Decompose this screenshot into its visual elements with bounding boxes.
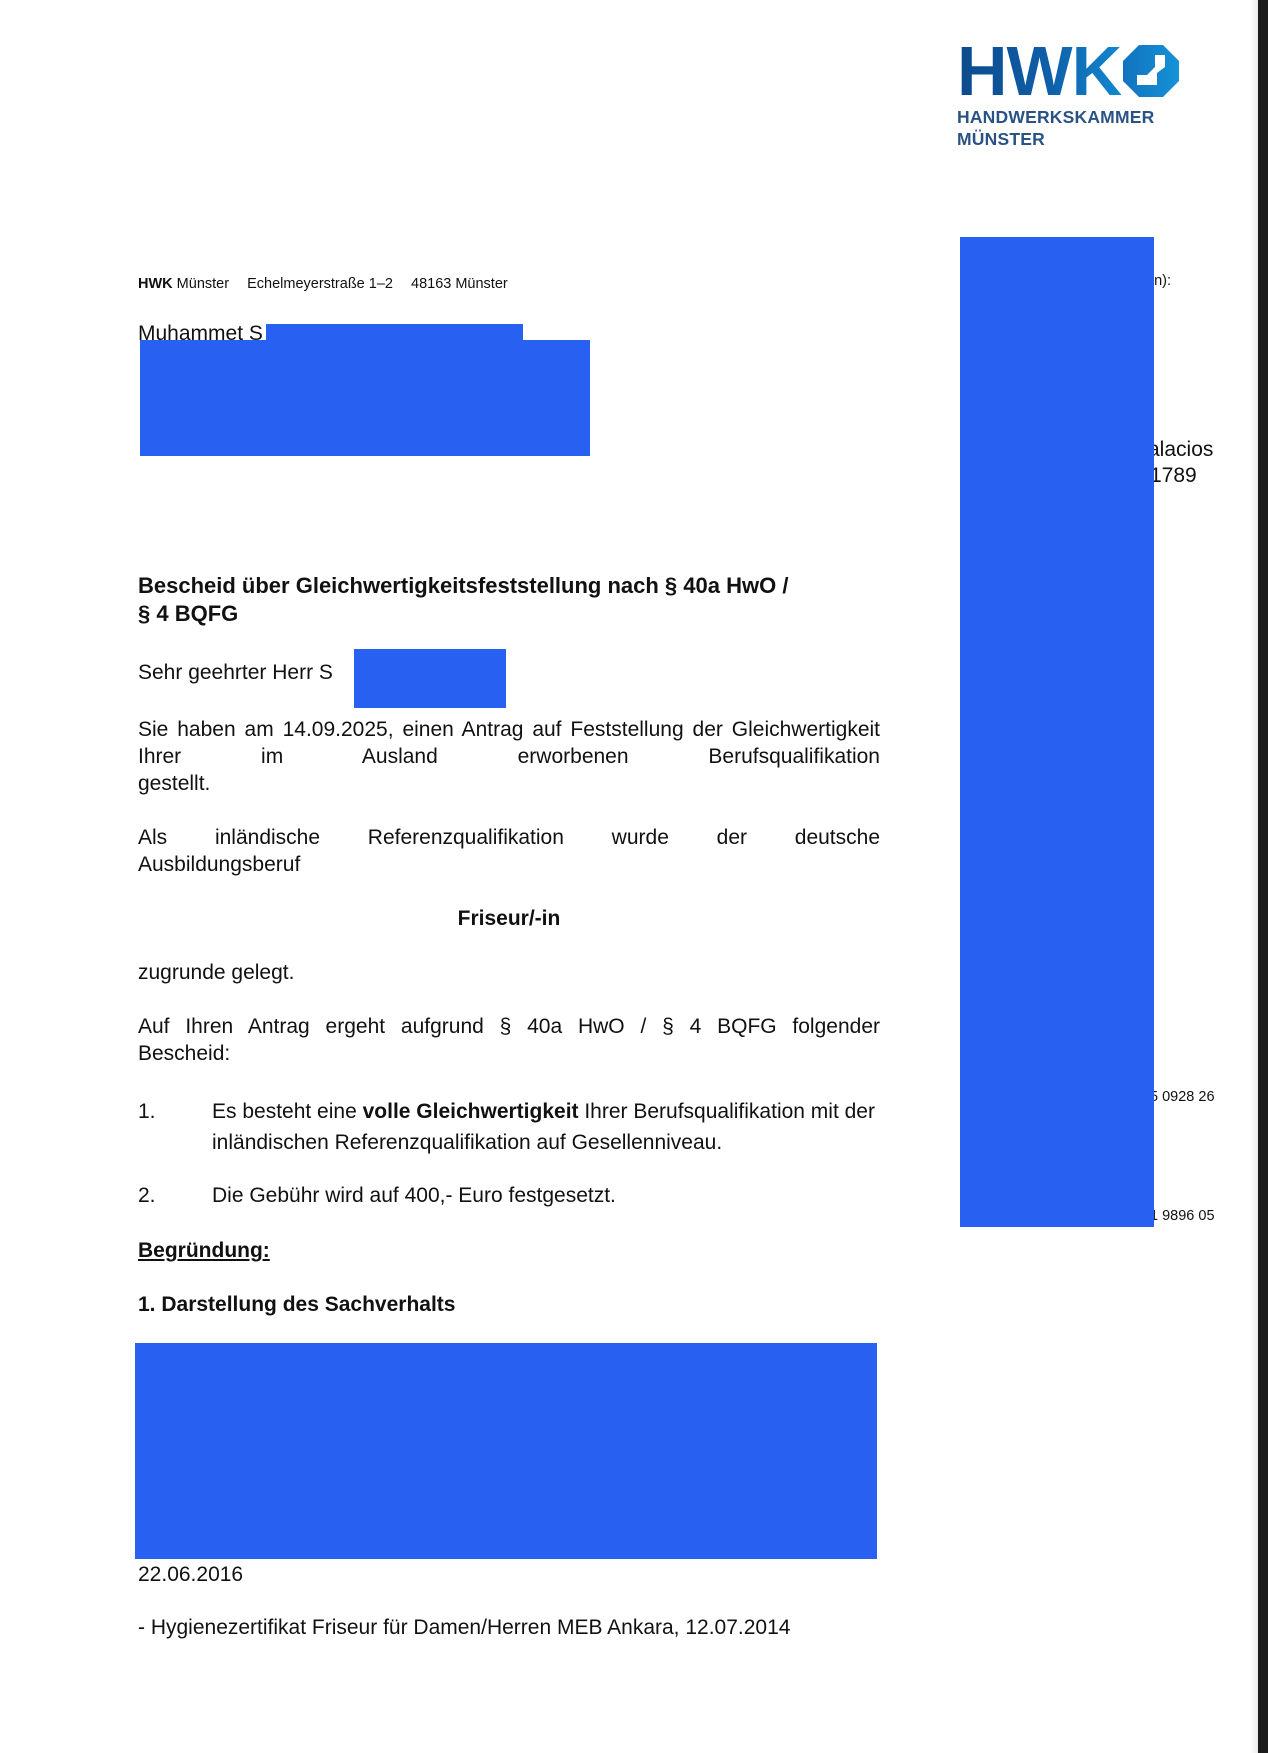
certificate-date: 22.06.2016 bbox=[138, 1561, 880, 1588]
hwk-logo: HWK HANDWERKSKAMMER MÜNSTER bbox=[957, 42, 1179, 150]
reasoning-heading: Begründung: bbox=[138, 1237, 880, 1264]
decision-item-2: 2. Die Gebühr wird auf 400,- Euro festge… bbox=[138, 1182, 880, 1209]
sender-org-bold: HWK bbox=[138, 276, 173, 292]
para1-end: gestellt. bbox=[138, 770, 880, 797]
viewer-edge bbox=[1258, 0, 1268, 1753]
hygiene-certificate-line: - Hygienezertifikat Friseur für Damen/He… bbox=[138, 1614, 880, 1641]
para2-text: Als inländische Referenzqualifikation wu… bbox=[138, 824, 880, 851]
redaction-recipient-address bbox=[140, 340, 590, 456]
redaction-facts bbox=[135, 1343, 877, 1559]
octagon-wrench-icon bbox=[1123, 45, 1179, 97]
paragraph-application: Sie haben am 14.09.2025, einen Antrag au… bbox=[138, 716, 880, 797]
profession: Friseur/-in bbox=[138, 905, 880, 932]
sidebar-fragment-3: 1789 bbox=[1150, 464, 1197, 488]
redaction-sidebar bbox=[960, 237, 1154, 1227]
redaction-salutation-name bbox=[354, 649, 506, 708]
sender-street: Echelmeyerstraße 1–2 bbox=[247, 276, 393, 292]
para4-end: Bescheid: bbox=[138, 1040, 880, 1067]
title-line-2: § 4 BQFG bbox=[138, 600, 880, 628]
sender-return-address: HWK Münster Echelmeyerstraße 1–2 48163 M… bbox=[138, 276, 522, 292]
decision-text: Die Gebühr wird auf 400,- Euro festgeset… bbox=[212, 1182, 616, 1209]
logo-line-2: MÜNSTER bbox=[957, 128, 1179, 150]
decision-number: 2. bbox=[138, 1182, 212, 1209]
decision-text: Es besteht eine volle Gleichwertigkeit I… bbox=[212, 1096, 880, 1158]
paragraph-reference: Als inländische Referenzqualifikation wu… bbox=[138, 824, 880, 878]
salutation: Sehr geehrter Herr S bbox=[138, 659, 880, 686]
para1-text: Sie haben am 14.09.2025, einen Antrag au… bbox=[138, 716, 880, 770]
section-1-heading: 1. Darstellung des Sachverhalts bbox=[138, 1291, 880, 1318]
page-edge-shadow bbox=[1250, 0, 1258, 1753]
decision-item-1: 1. Es besteht eine volle Gleichwertigkei… bbox=[138, 1096, 880, 1158]
para2-end: Ausbildungsberuf bbox=[138, 851, 880, 878]
sidebar-fragment-4: 5 0928 26 bbox=[1150, 1089, 1215, 1105]
logo-wordmark: HWK bbox=[957, 42, 1121, 100]
decision-number: 1. bbox=[138, 1096, 212, 1158]
document-title: Bescheid über Gleichwertigkeitsfeststell… bbox=[138, 572, 880, 628]
title-line-1: Bescheid über Gleichwertigkeitsfeststell… bbox=[138, 572, 880, 600]
sender-city: 48163 Münster bbox=[411, 276, 508, 292]
sidebar-fragment-2: alacios bbox=[1148, 438, 1213, 462]
sidebar-fragment-5: 1 9896 05 bbox=[1150, 1208, 1215, 1224]
para4-text: Auf Ihren Antrag ergeht aufgrund § 40a H… bbox=[138, 1013, 880, 1040]
logo-line-1: HANDWERKSKAMMER bbox=[957, 106, 1179, 128]
paragraph-decision-intro: Auf Ihren Antrag ergeht aufgrund § 40a H… bbox=[138, 1013, 880, 1067]
decision-emphasis: volle Gleichwertigkeit bbox=[363, 1100, 579, 1123]
paragraph-basis: zugrunde gelegt. bbox=[138, 959, 880, 986]
sender-org-rest: Münster bbox=[177, 276, 229, 292]
